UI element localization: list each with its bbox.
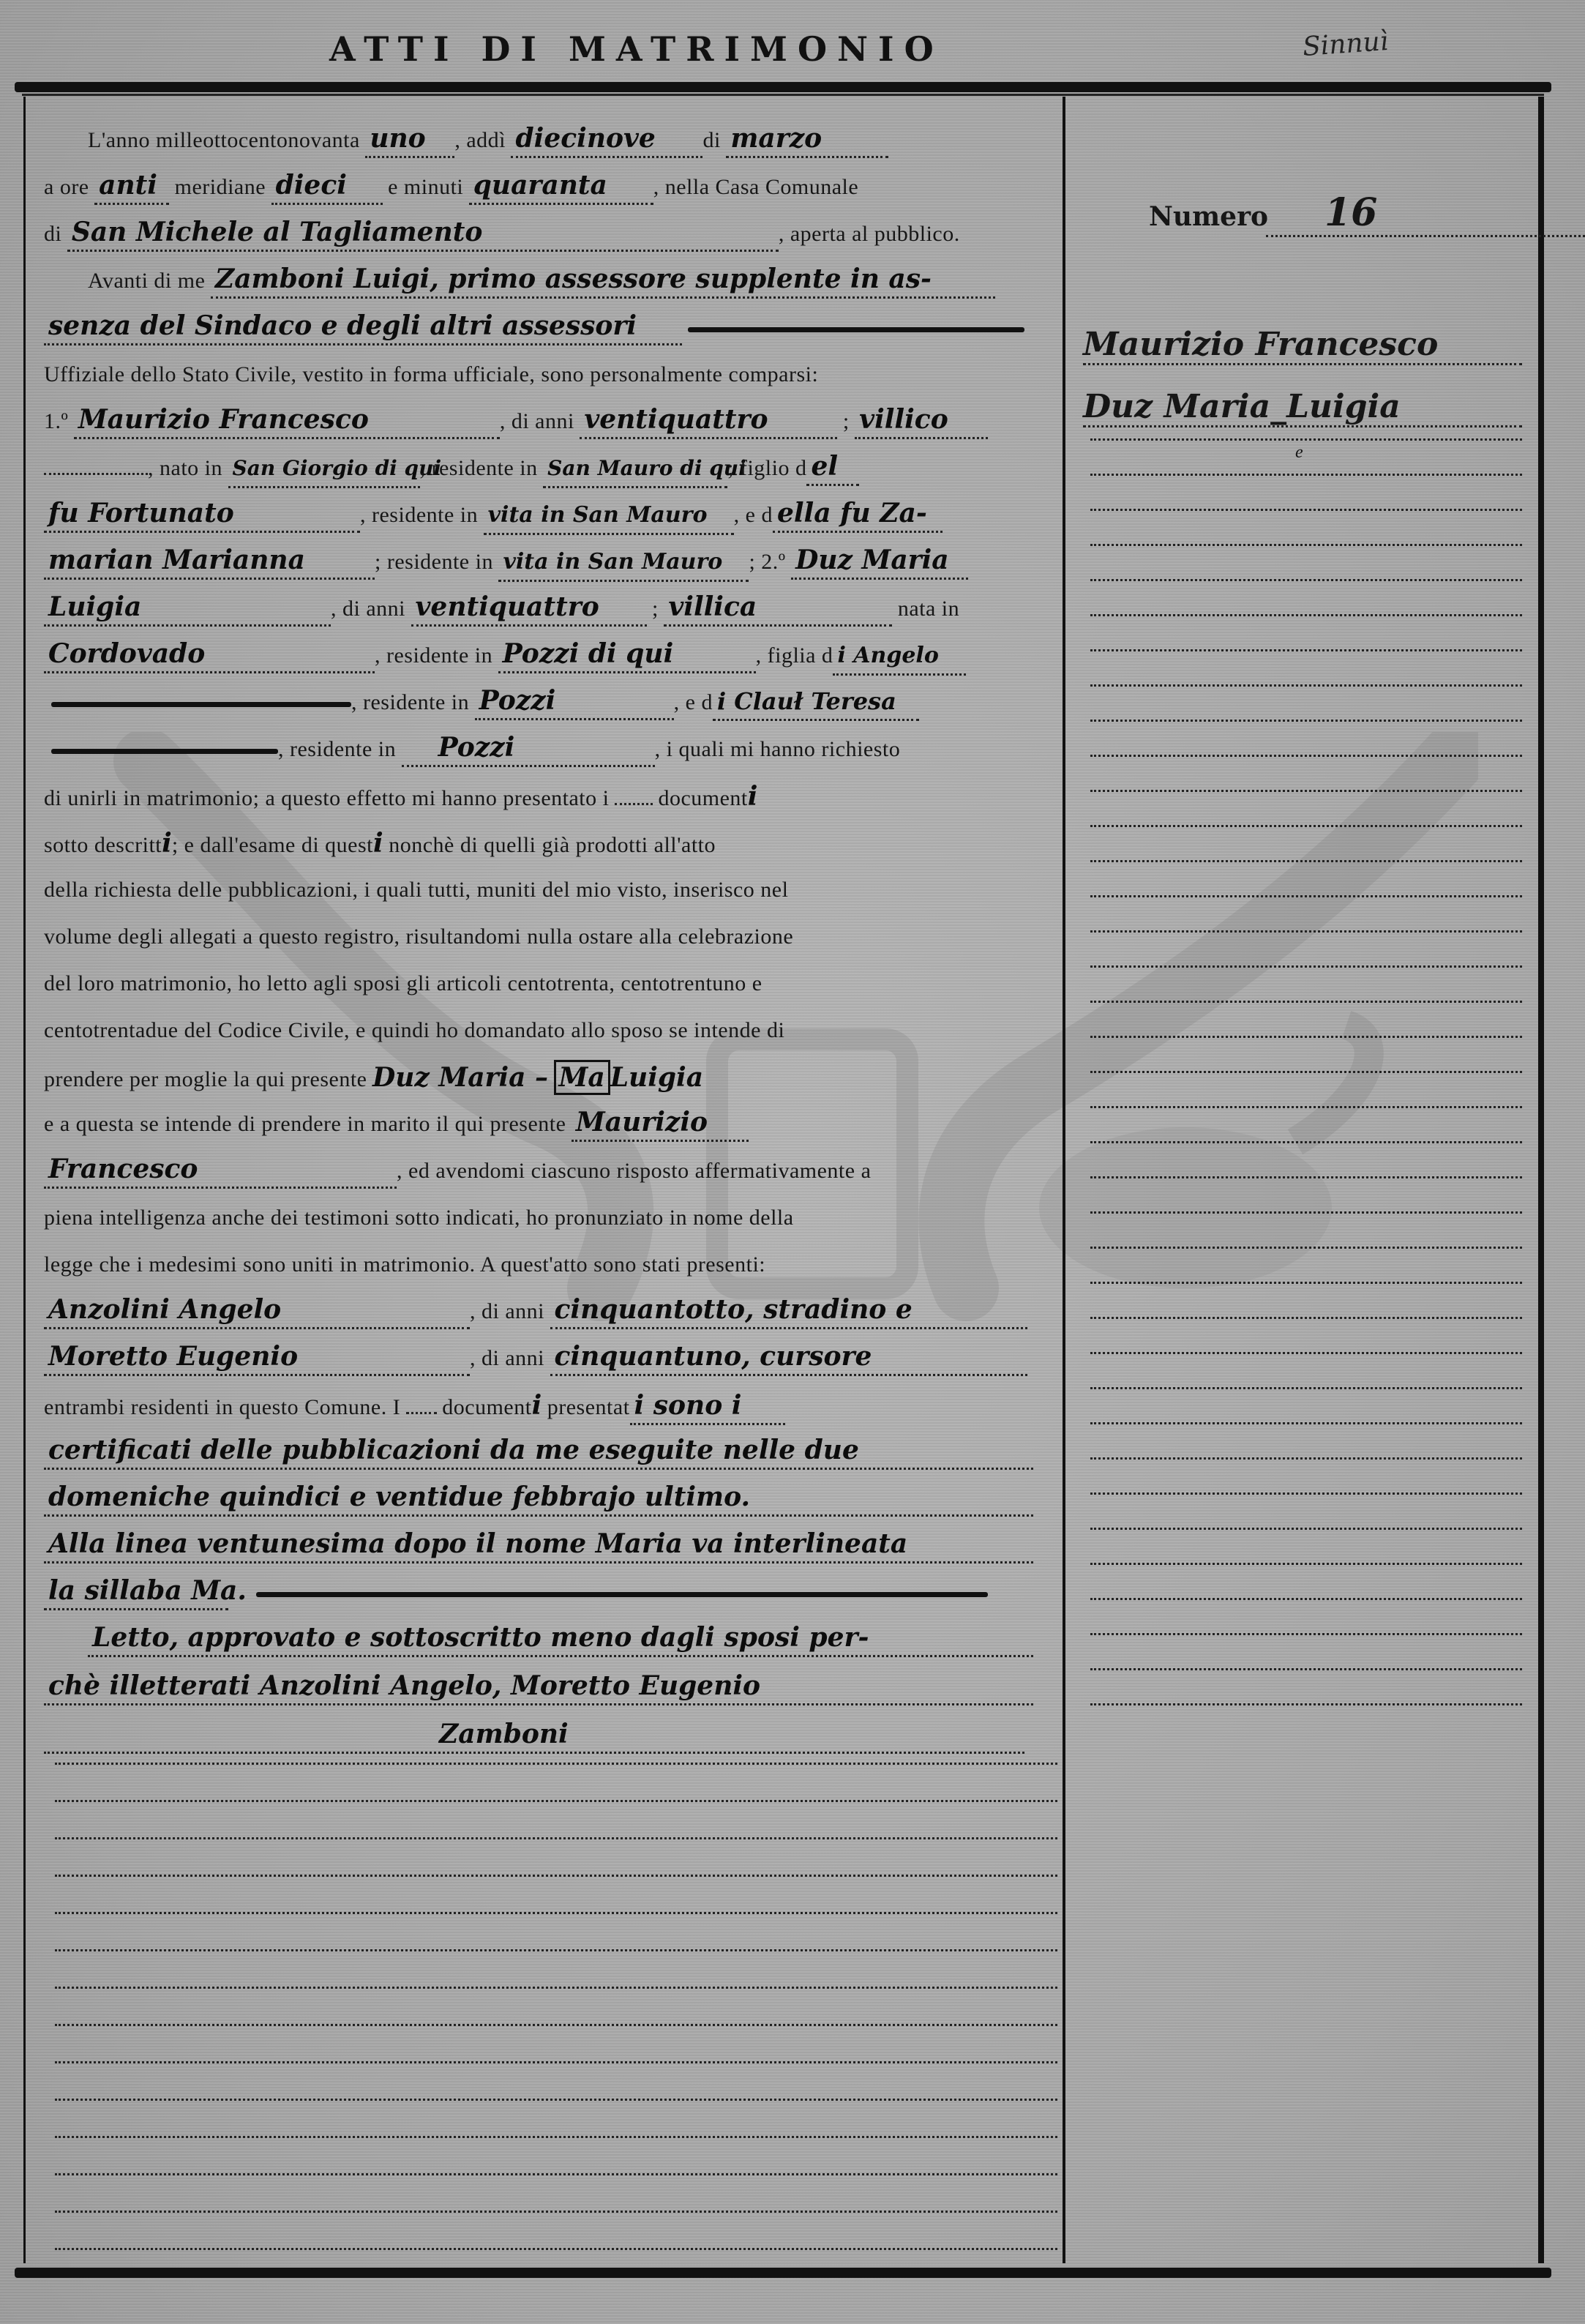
act-line-23: Francesco, ed avendomi ciascuno risposto…: [44, 1148, 1054, 1195]
municipality-field: San Michele al Tagliamento: [67, 214, 779, 252]
groom-mother-residence-field: vita in San Mauro: [498, 545, 749, 582]
side-ruled-lines: [1090, 436, 1522, 1736]
printed-text: ;: [843, 409, 850, 433]
officer-signature: Zamboni: [44, 1716, 1024, 1754]
printed-text: , residente in: [351, 690, 469, 714]
act-line-27: Moretto Eugenio, di anni cinquantuno, cu…: [44, 1335, 1054, 1382]
documents-field: i sono i: [630, 1388, 785, 1425]
printed-text: di: [702, 128, 720, 152]
printed-text: , e d: [674, 690, 713, 714]
closing-formula: Letto, approvato e sottoscritto meno dag…: [88, 1620, 1033, 1657]
witness-2-details: cinquantuno, cursore: [550, 1339, 1027, 1376]
plural-suffix: i: [748, 781, 758, 812]
act-line-31: Alla linea ventunesima dopo il nome Mari…: [44, 1522, 1054, 1569]
printed-text: , di anni: [470, 1346, 544, 1370]
bride-father-field: i Angelo: [833, 638, 966, 676]
printed-text: , aperta al pubblico.: [779, 222, 960, 246]
act-line-30: domeniche quindici e ventidue febbrajo u…: [44, 1476, 1054, 1522]
printed-text: , figlia d: [756, 643, 833, 668]
blank-field: [406, 1412, 437, 1414]
act-line-5: senza del Sindaco e degli altri assessor…: [44, 304, 1054, 351]
bride-residence-field: Pozzi di qui: [498, 636, 756, 673]
groom-father-residence-field: vita in San Mauro: [484, 498, 734, 535]
groom-name-repeat-cont: Francesco: [44, 1151, 397, 1189]
bride-mother-residence-field: Pozzi: [402, 730, 655, 767]
printed-text: nonchè di quelli già prodotti all'atto: [389, 833, 716, 857]
bride-age-field: ventiquattro: [411, 589, 647, 627]
printed-text: , residente in: [360, 503, 478, 527]
printed-text: , residente in: [375, 643, 492, 668]
documents-note-cont: domeniche quindici e ventidue febbrajo u…: [44, 1479, 1033, 1517]
cancel-stroke: [688, 327, 1024, 332]
act-line-22: e a questa se intende di prendere in mar…: [44, 1101, 1054, 1148]
frame-right-border: [1538, 97, 1544, 2263]
witness-2-name: Moretto Eugenio: [44, 1339, 470, 1376]
act-line-34: chè illetterati Anzolini Angelo, Moretto…: [44, 1664, 1054, 1713]
act-line-29: certificati delle pubblicazioni da me es…: [44, 1429, 1054, 1476]
correction-note: Alla linea ventunesima dopo il nome Mari…: [44, 1526, 1033, 1563]
groom-father-field: fu Fortunato: [44, 496, 360, 533]
printed-text: , residente in: [420, 456, 538, 480]
printed-text: document: [658, 786, 747, 810]
bride-father-residence-field: Pozzi: [475, 683, 674, 720]
printed-text: del loro matrimonio, ho letto agli sposi…: [44, 971, 762, 995]
printed-text: entrambi residenti in questo Comune. I: [44, 1395, 400, 1419]
printed-text: , i quali mi hanno richiesto: [655, 737, 901, 761]
correction-note-cont: la sillaba Ma.: [44, 1573, 228, 1610]
interlined-syllable: Ma: [554, 1060, 610, 1095]
act-line-6: Uffiziale dello Stato Civile, vestito in…: [44, 351, 1054, 398]
blank-field: [44, 473, 148, 475]
act-line-2: a ore anti meridiane dieci e minuti quar…: [44, 164, 1054, 211]
act-line-16: sotto descritti; e dall'esame di questi …: [44, 820, 1054, 867]
plural-suffix: i: [162, 828, 172, 859]
act-line-8: , nato in San Giorgio di qui, residente …: [44, 445, 1054, 492]
groom-name-repeat: Maurizio: [572, 1105, 749, 1142]
act-line-28: entrambi residenti in questo Comune. I d…: [44, 1382, 1054, 1429]
printed-text: 1.º: [44, 409, 68, 433]
act-line-19: del loro matrimonio, ho letto agli sposi…: [44, 960, 1054, 1007]
act-line-13: , residente in Pozzi, e di Clauł Teresa: [44, 679, 1054, 726]
bride-name-field: Duz Maria: [791, 542, 968, 580]
witness-1-name: Anzolini Angelo: [44, 1292, 470, 1329]
printed-text: ; 2.º: [749, 550, 785, 574]
documents-note: certificati delle pubblicazioni da me es…: [44, 1432, 1033, 1470]
act-line-7: 1.º Maurizio Francesco, di anni ventiqua…: [44, 398, 1054, 445]
cancel-stroke: [51, 749, 278, 754]
groom-name: Maurizio Francesco: [1083, 326, 1522, 365]
printed-text: L'anno milleottocentonovanta: [88, 128, 360, 152]
act-line-4: Avanti di me Zamboni Luigi, primo assess…: [44, 258, 1054, 304]
printed-text: , di anni: [500, 409, 574, 433]
month-field: marzo: [726, 121, 888, 158]
minutes-field: quaranta: [469, 168, 653, 205]
printed-text: centotrentadue del Codice Civile, e quin…: [44, 1018, 784, 1042]
plural-suffix: i: [532, 1390, 542, 1421]
page-title: ATTI DI MATRIMONIO: [329, 29, 944, 69]
printed-text: di: [44, 222, 61, 246]
bride-mother-field: i Clauł Teresa: [713, 684, 919, 721]
bride-birthplace-field: Cordovado: [44, 636, 375, 673]
act-line-18: volume degli allegati a questo registro,…: [44, 913, 1054, 960]
printed-text: piena intelligenza anche dei testimoni s…: [44, 1206, 794, 1230]
act-line-12: Cordovado, residente in Pozzi di qui, fi…: [44, 632, 1054, 679]
act-line-1: L'anno milleottocentonovanta uno, addì d…: [44, 117, 1054, 164]
act-line-20: centotrentadue del Codice Civile, e quin…: [44, 1007, 1054, 1054]
hour-field: dieci: [271, 168, 383, 205]
printed-text: meridiane: [175, 175, 266, 199]
printed-text: ;: [652, 597, 659, 621]
printed-text: presentat: [547, 1395, 630, 1419]
printed-text: e minuti: [388, 175, 463, 199]
groom-occupation-field: villico: [855, 402, 988, 439]
printed-text: Avanti di me: [88, 269, 205, 293]
act-line-35: Zamboni: [44, 1713, 1054, 1761]
act-number: 16: [1266, 190, 1585, 237]
day-field: diecinove: [511, 121, 702, 158]
printed-text: , ed avendomi ciascuno risposto affermat…: [397, 1159, 871, 1183]
groom-birthplace-field: San Giorgio di qui: [228, 451, 420, 488]
printed-text: nata in: [898, 597, 959, 621]
corner-signature: Sinnuì: [1302, 26, 1390, 62]
blank-ruled-lines: [55, 1760, 1065, 2283]
act-line-26: Anzolini Angelo, di anni cinquantotto, s…: [44, 1288, 1054, 1335]
printed-text: ; figlio d: [727, 456, 806, 480]
printed-text: a ore: [44, 175, 89, 199]
printed-text: , di anni: [331, 597, 405, 621]
groom-father-prefix: el: [806, 449, 859, 486]
printed-text: della richiesta delle pubblicazioni, i q…: [44, 878, 788, 902]
officer-field-cont: senza del Sindaco e degli altri assessor…: [44, 308, 682, 345]
meridian-field: anti: [94, 168, 169, 205]
printed-text: , nato in: [148, 456, 222, 480]
closing-formula-cont: chè illetterati Anzolini Angelo, Moretto…: [44, 1668, 1033, 1705]
bride-name-repeat-cont: Luigia: [610, 1062, 703, 1093]
bride-occupation-field: villica: [664, 589, 892, 627]
blank-field: [615, 803, 653, 805]
bride-name-repeat: Duz Maria –: [372, 1062, 548, 1093]
act-line-17: della richiesta delle pubblicazioni, i q…: [44, 867, 1054, 913]
act-line-14: , residente in Pozzi, i quali mi hanno r…: [44, 726, 1054, 773]
act-line-32: la sillaba Ma.: [44, 1569, 1054, 1616]
groom-mother-field: ella fu Za-: [773, 496, 943, 533]
printed-text: , residente in: [278, 737, 396, 761]
act-line-15: di unirli in matrimonio; a questo effett…: [44, 773, 1054, 820]
officer-field: Zamboni Luigi, primo assessore supplente…: [211, 261, 995, 299]
printed-text: , e d: [734, 503, 773, 527]
printed-text: e a questa se intende di prendere in mar…: [44, 1112, 566, 1136]
groom-age-field: ventiquattro: [580, 402, 837, 439]
groom-residence-field: San Mauro di qui: [543, 451, 727, 488]
printed-text: volume degli allegati a questo registro,…: [44, 924, 793, 949]
printed-text: di unirli in matrimonio; a questo effett…: [44, 786, 609, 810]
printed-text: legge che i medesimi sono uniti in matri…: [44, 1252, 765, 1277]
printed-text: , di anni: [470, 1299, 544, 1323]
act-line-24: piena intelligenza anche dei testimoni s…: [44, 1195, 1054, 1241]
bride-name-field-cont: Luigia: [44, 589, 331, 627]
cancel-stroke: [51, 702, 351, 707]
act-line-21: prendere per moglie la qui presente Duz …: [44, 1054, 1054, 1101]
marriage-act-body: L'anno milleottocentonovanta uno, addì d…: [44, 117, 1054, 1761]
printed-text: Uffiziale dello Stato Civile, vestito in…: [44, 362, 818, 386]
act-line-3: di San Michele al Tagliamento, aperta al…: [44, 211, 1054, 258]
groom-mother-field-cont: marian Marianna: [44, 542, 375, 580]
act-line-9: fu Fortunato, residente in vita in San M…: [44, 492, 1054, 539]
act-line-11: Luigia, di anni ventiquattro ; villica n…: [44, 586, 1054, 632]
top-border-rule-thin: [22, 94, 1544, 96]
printed-text: , addì: [454, 128, 506, 152]
printed-text: prendere per moglie la qui presente: [44, 1067, 367, 1091]
printed-text: , nella Casa Comunale: [653, 175, 858, 199]
groom-name-field: Maurizio Francesco: [74, 402, 500, 439]
printed-text: ; residente in: [375, 550, 493, 574]
bride-name: Duz Maria_Luigia: [1083, 388, 1522, 427]
printed-text: ; e dall'esame di quest: [172, 833, 373, 857]
cancel-stroke: [256, 1592, 988, 1597]
year-field: uno: [365, 121, 454, 158]
numero-label: Numero: [1149, 201, 1268, 232]
printed-text: document: [442, 1395, 531, 1419]
printed-text: sotto descritt: [44, 833, 162, 857]
act-line-33: Letto, approvato e sottoscritto meno dag…: [44, 1616, 1054, 1664]
top-border-rule: [15, 82, 1551, 92]
plural-suffix: i: [373, 828, 383, 859]
act-line-10: marian Marianna; residente in vita in Sa…: [44, 539, 1054, 586]
frame-left-border: [23, 97, 26, 2263]
act-line-25: legge che i medesimi sono uniti in matri…: [44, 1241, 1054, 1288]
witness-1-details: cinquantotto, stradino e: [550, 1292, 1027, 1329]
